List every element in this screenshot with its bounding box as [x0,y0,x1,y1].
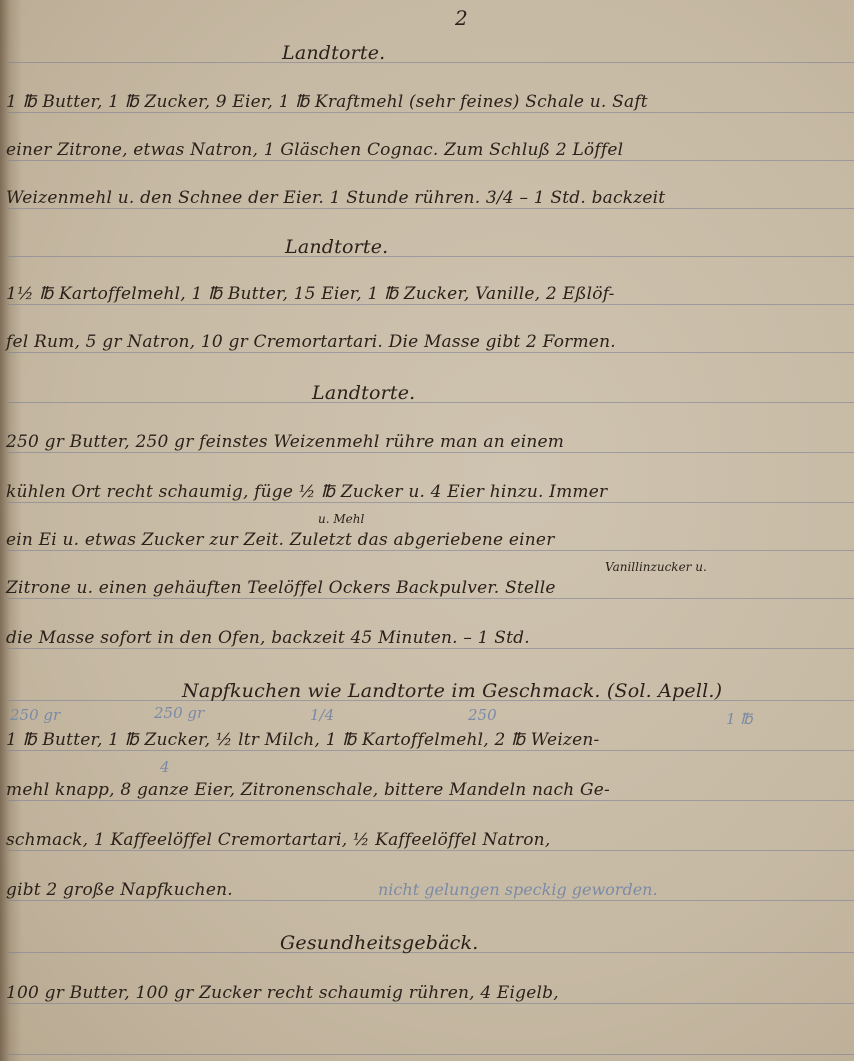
ruled-line [8,598,854,599]
pencil-remark: nicht gelungen speckig geworden. [378,880,658,899]
recipe-line: 100 gr Butter, 100 gr Zucker recht schau… [6,983,854,1003]
recipe-line: Zitrone u. einen gehäuften Teelöffel Ock… [6,578,854,598]
pencil-note: 250 gr [154,704,204,722]
insertion-note: Vanillinzucker u. [605,560,707,574]
recipe-line: 1 ℔ Butter, 1 ℔ Zucker, ½ ltr Milch, 1 ℔… [6,730,854,750]
recipe-line: die Masse sofort in den Ofen, backzeit 4… [6,628,854,648]
ruled-line [8,452,854,453]
recipe-line: mehl knapp, 8 ganze Eier, Zitronenschale… [6,780,854,800]
ruled-line [8,800,854,801]
recipe-title: Landtorte. [282,42,854,64]
pencil-note: 1/4 [310,706,334,724]
page-number: 2 [455,6,468,30]
recipe-line: Weizenmehl u. den Schnee der Eier. 1 Stu… [6,188,854,208]
ruled-line [8,550,854,551]
ruled-line [8,304,854,305]
pencil-note: 250 [468,706,497,724]
ruled-line [8,160,854,161]
recipe-title: Napfkuchen wie Landtorte im Geschmack. (… [182,680,854,702]
ruled-line [8,208,854,209]
recipe-title: Gesundheitsgebäck. [280,932,854,954]
ruled-line [8,648,854,649]
notebook-page: 2 Landtorte. 1 ℔ Butter, 1 ℔ Zucker, 9 E… [0,0,854,1061]
recipe-title: Landtorte. [285,236,854,258]
ruled-line [8,900,854,901]
pencil-note: 4 [160,758,170,776]
recipe-line: ein Ei u. etwas Zucker zur Zeit. Zuletzt… [6,530,854,550]
recipe-line: 1 ℔ Butter, 1 ℔ Zucker, 9 Eier, 1 ℔ Kraf… [6,92,854,112]
ruled-line [8,1003,854,1004]
pencil-note: 1 ℔ [726,710,753,728]
recipe-line: fel Rum, 5 gr Natron, 10 gr Cremortartar… [6,332,854,352]
recipe-line: einer Zitrone, etwas Natron, 1 Gläschen … [6,140,854,160]
ruled-line [8,502,854,503]
recipe-line: schmack, 1 Kaffeelöffel Cremortartari, ½… [6,830,854,850]
recipe-line: 1½ ℔ Kartoffelmehl, 1 ℔ Butter, 15 Eier,… [6,284,854,304]
pencil-note: 250 gr [10,706,60,724]
ruled-line [8,352,854,353]
recipe-title: Landtorte. [312,382,854,404]
insertion-note: u. Mehl [318,512,364,526]
ruled-line [8,850,854,851]
recipe-line: 250 gr Butter, 250 gr feinstes Weizenmeh… [6,432,854,452]
recipe-line: kühlen Ort recht schaumig, füge ½ ℔ Zuck… [6,482,854,502]
ruled-line [8,750,854,751]
ruled-line [8,1054,854,1055]
ruled-line [8,112,854,113]
